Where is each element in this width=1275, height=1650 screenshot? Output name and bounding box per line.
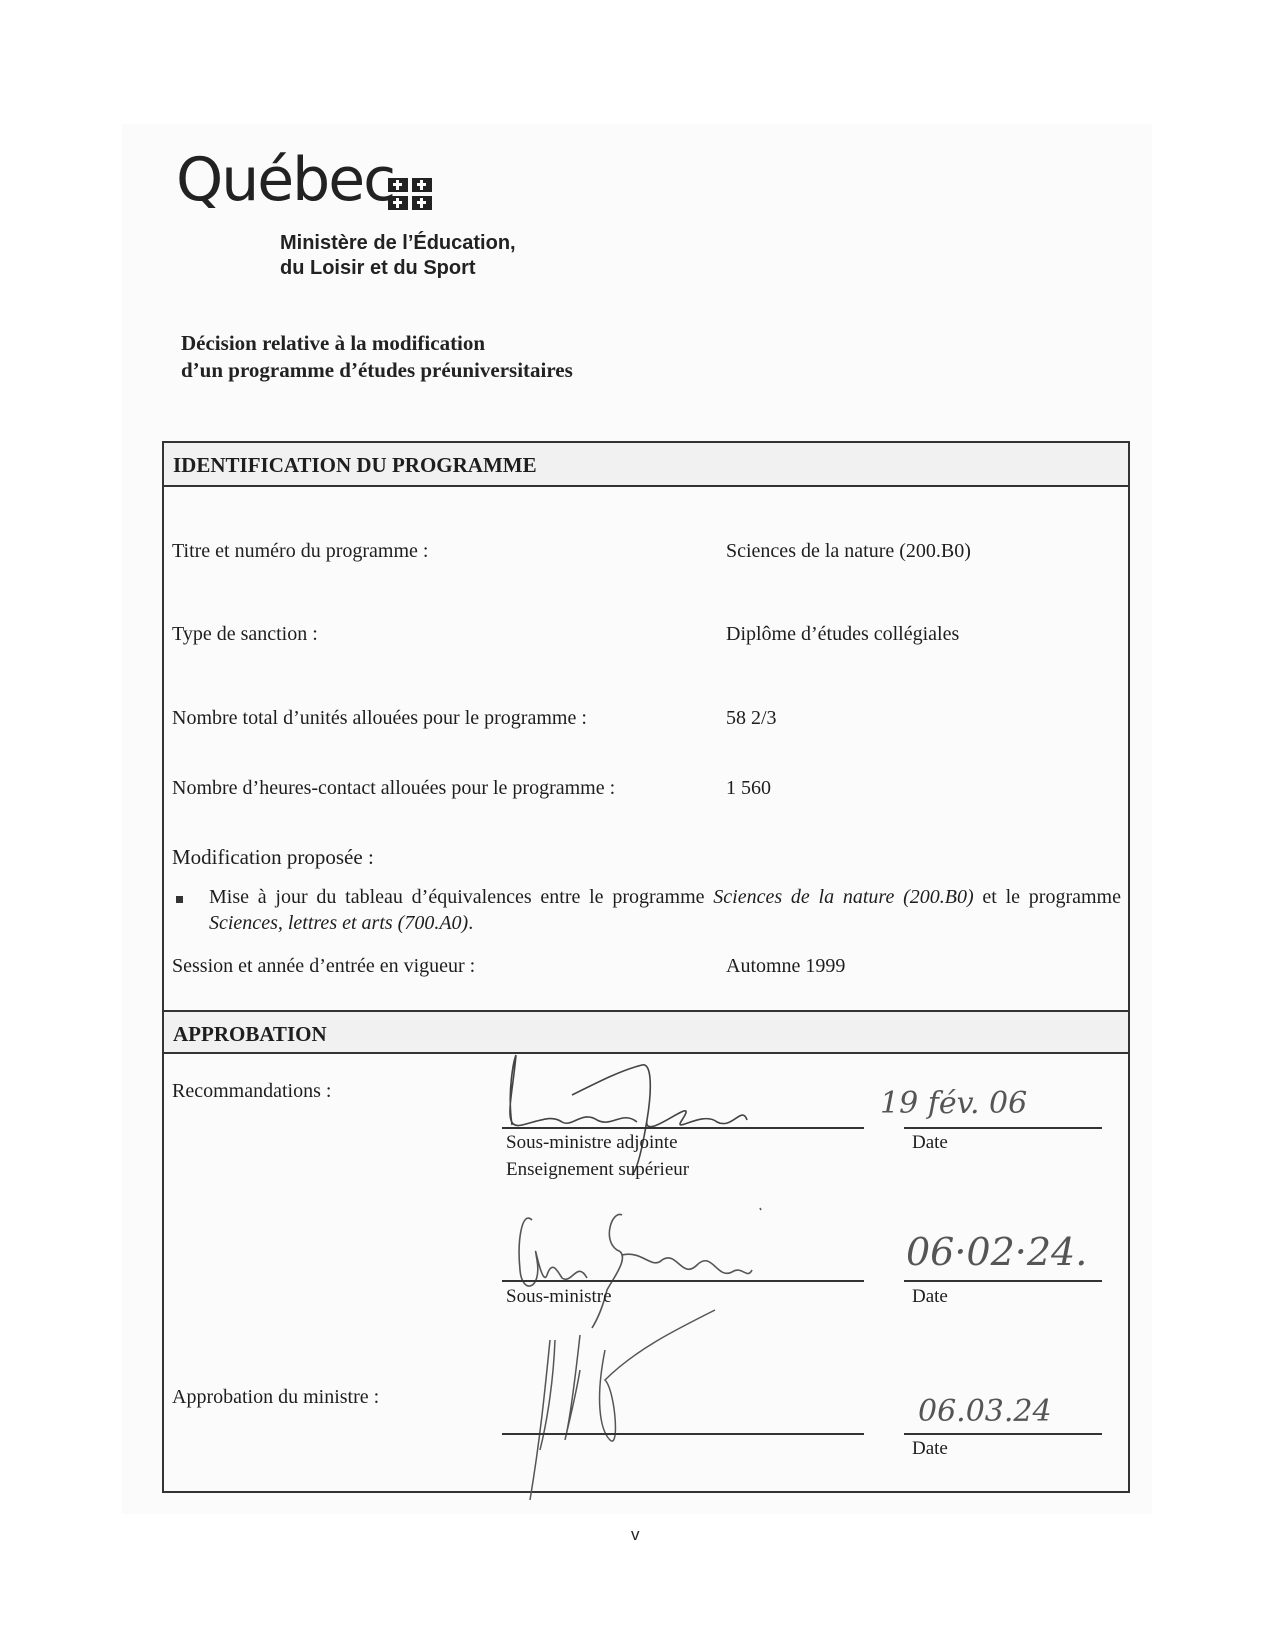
document-title-line2: d’un programme d’études préuniversitaire… [181, 358, 573, 383]
modification-label: Modification proposée : [172, 845, 374, 870]
field-value-total-units: 58 2/3 [726, 707, 777, 730]
modification-text-part: . [468, 912, 473, 934]
section-heading-approbation: APPROBATION [164, 1010, 1128, 1054]
ministry-name-line2: du Loisir et du Sport [280, 257, 476, 280]
signature-ministre [515, 1310, 775, 1500]
signature-line [502, 1127, 864, 1129]
handwritten-date: 06·02·24. [906, 1230, 1087, 1274]
field-value-contact-hours: 1 560 [726, 777, 771, 800]
signatory-department: Enseignement supérieur [506, 1159, 689, 1181]
signature-line [502, 1280, 864, 1282]
page-number: v [631, 1525, 640, 1545]
ministre-approval-label: Approbation du ministre : [172, 1386, 379, 1409]
field-label-contact-hours: Nombre d’heures-contact allouées pour le… [172, 777, 615, 800]
quebec-flag-icon [388, 178, 432, 210]
document-title-line1: Décision relative à la modification [181, 331, 485, 356]
quebec-wordmark: Québec [176, 150, 394, 210]
signatory-role: Sous-ministre [506, 1286, 612, 1308]
signature-line [502, 1433, 864, 1435]
field-label-program-title: Titre et numéro du programme : [172, 540, 428, 563]
handwritten-date: 19 fév. 06 [880, 1086, 1027, 1121]
field-label-sanction-type: Type de sanction : [172, 623, 318, 646]
program-name-italic: Sciences, lettres et arts (700.A0) [209, 912, 468, 934]
modification-text-part: et le programme [974, 886, 1121, 908]
modification-description: Mise à jour du tableau d’équivalences en… [209, 884, 1121, 936]
signatory-role: Sous-ministre adjointe [506, 1132, 678, 1154]
field-label-effective-session: Session et année d’entrée en vigueur : [172, 955, 475, 978]
recommandations-label: Recommandations : [172, 1080, 331, 1103]
field-value-effective-session: Automne 1999 [726, 955, 845, 978]
modification-text-part: Mise à jour du tableau d’équivalences en… [209, 886, 713, 908]
ministry-name-line1: Ministère de l’Éducation, [280, 232, 516, 255]
date-line [904, 1127, 1102, 1129]
date-caption: Date [912, 1132, 948, 1154]
field-value-sanction-type: Diplôme d’études collégiales [726, 623, 959, 646]
date-line [904, 1280, 1102, 1282]
section-heading-identification: IDENTIFICATION DU PROGRAMME [164, 443, 1128, 487]
date-caption: Date [912, 1286, 948, 1308]
field-label-total-units: Nombre total d’unités allouées pour le p… [172, 707, 587, 730]
program-name-italic: Sciences de la nature (200.B0) [713, 886, 973, 908]
date-line [904, 1433, 1102, 1435]
field-value-program-title: Sciences de la nature (200.B0) [726, 540, 971, 563]
date-caption: Date [912, 1438, 948, 1460]
handwritten-date: 06.03.24 [918, 1394, 1052, 1429]
bullet-icon [176, 896, 183, 903]
